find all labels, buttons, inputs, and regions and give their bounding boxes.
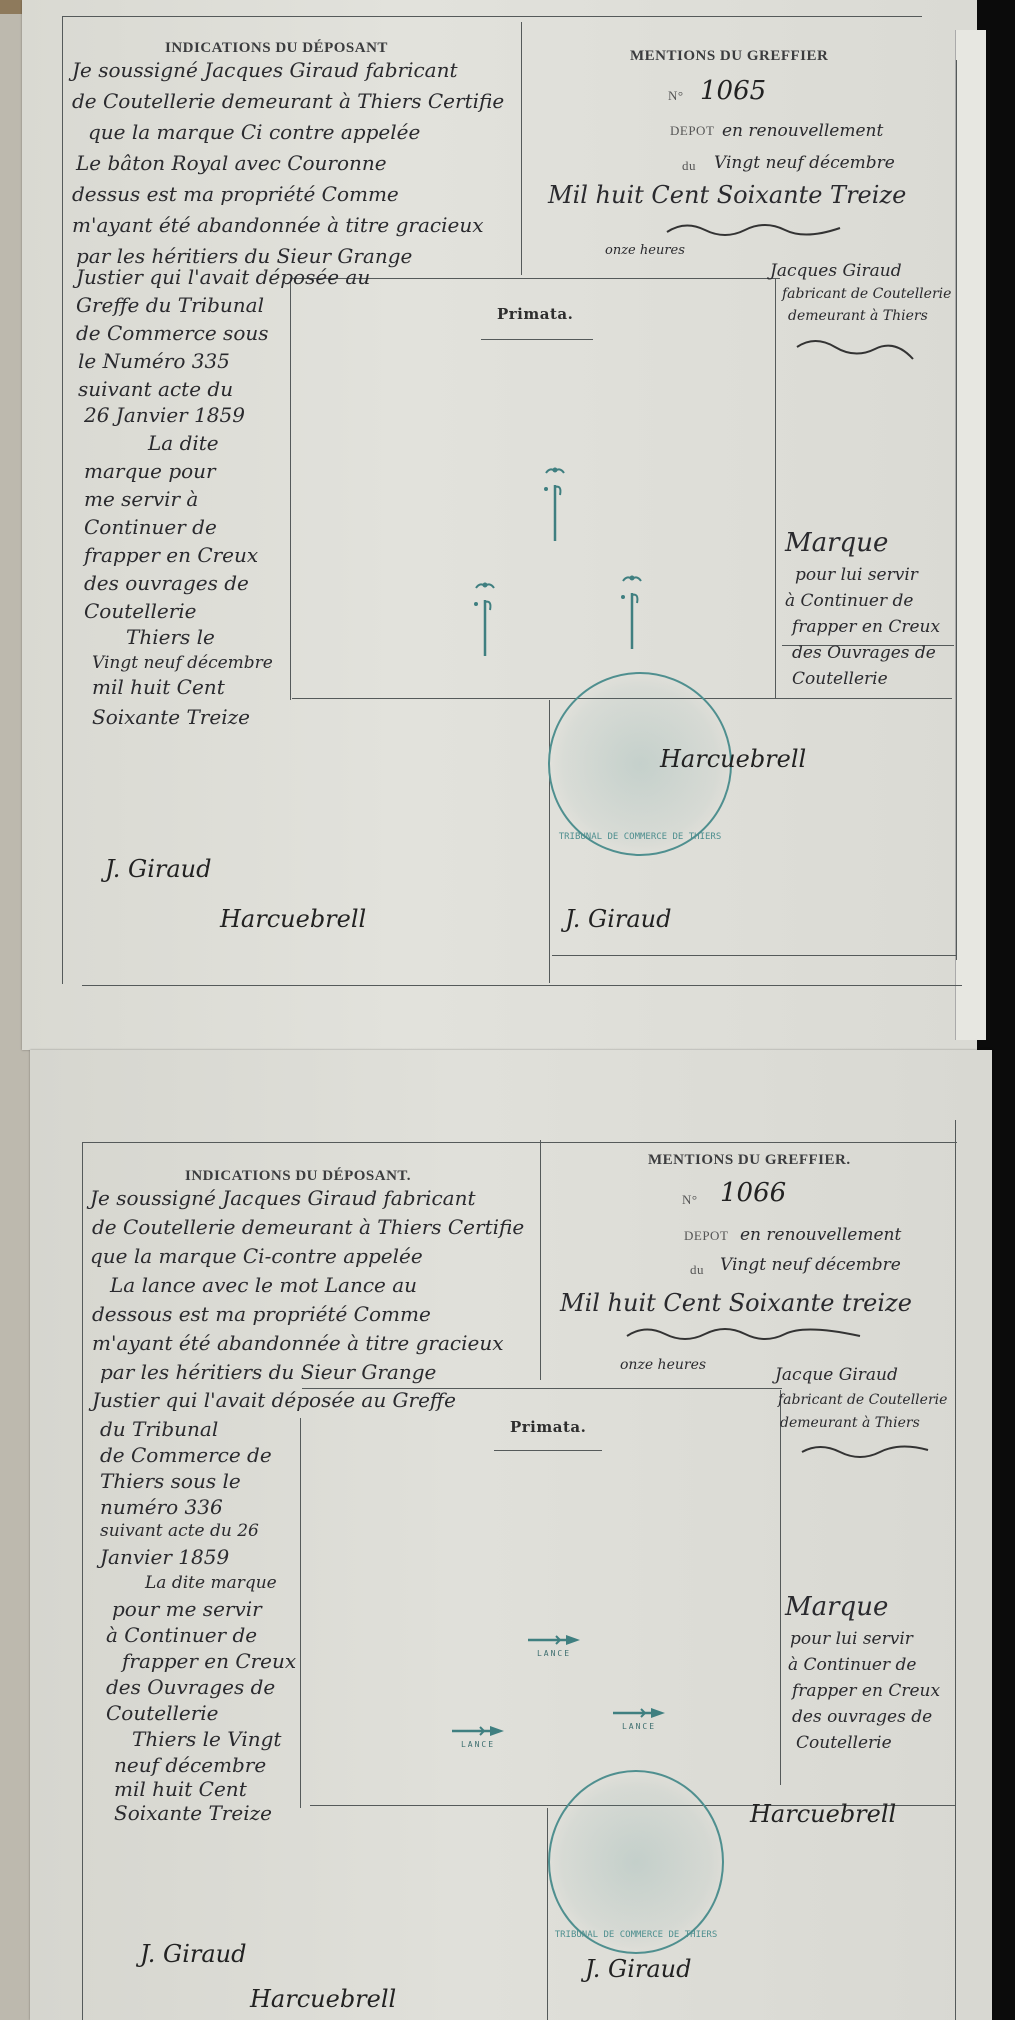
mark-description-title: Marque: [785, 1592, 888, 1623]
declaration-line: de Coutellerie demeurant à Thiers Certif…: [72, 86, 504, 117]
primata-left: [290, 280, 291, 700]
primata-left: [300, 1418, 301, 1808]
declaration-line: Continuer de: [84, 512, 217, 543]
declaration-line: des ouvrages de: [84, 568, 249, 599]
depot-text: en renouvellement: [740, 1222, 901, 1248]
frame-top: [62, 16, 922, 17]
declaration-line: m'ayant été abandonnée à titre gracieux: [72, 210, 484, 241]
greffier-signer-address: demeurant à Thiers: [788, 306, 928, 326]
frame-top: [82, 1142, 957, 1143]
declaration-line: Soixante Treize: [114, 1798, 272, 1829]
depot-text: en renouvellement: [722, 118, 883, 144]
deposit-date-line2: Mil huit Cent Soixante treize: [560, 1288, 912, 1319]
declaration-line: Thiers le: [126, 622, 215, 653]
lance-mark: LANCE: [613, 1703, 665, 1731]
declaration-line: frapper en Creux: [84, 540, 258, 571]
declaration-line: Justier qui l'avait déposée au: [76, 262, 370, 293]
primata-underline: [481, 339, 593, 340]
depositor-signature: J. Giraud: [105, 855, 211, 883]
crowned-baton-icon: [617, 573, 647, 653]
crowned-baton-icon: [540, 465, 570, 545]
declaration-line: La lance avec le mot Lance au: [110, 1270, 417, 1301]
registration-number: 1065: [700, 76, 766, 106]
frame-bottom: [82, 985, 962, 986]
primata-underline: [494, 1450, 602, 1451]
depositor-signature: J. Giraud: [565, 905, 671, 933]
depositor-signature: J. Giraud: [140, 1940, 246, 1968]
mark-description-line: Coutellerie: [792, 666, 888, 692]
lance-label: LANCE: [528, 1649, 580, 1658]
number-label: N°: [668, 88, 684, 104]
greffier-signer-name: Jacques Giraud: [770, 258, 902, 284]
lance-icon: [452, 1726, 504, 1736]
mark-description-line: à Continuer de: [785, 588, 913, 614]
declaration-line: que la marque Ci-contre appelée: [90, 1241, 423, 1272]
lance-icon: [528, 1635, 580, 1645]
mark-description-line: des Ouvrages de: [792, 640, 936, 666]
flourish-icon: [795, 335, 915, 365]
declaration-line: de Coutellerie demeurant à Thiers Certif…: [92, 1212, 524, 1243]
declaration-line: suivant acte du 26: [100, 1518, 259, 1544]
frame-left: [62, 16, 63, 984]
greffier-signature: Harcuebrell: [750, 1800, 896, 1828]
greffier-signature: Harcuebrell: [220, 905, 366, 933]
primata-title: Primata.: [510, 1418, 586, 1436]
declaration-line: Justier qui l'avait déposée au Greffe: [92, 1385, 456, 1416]
lance-label: LANCE: [613, 1722, 665, 1731]
declaration-line: Le bâton Royal avec Couronne: [76, 148, 387, 179]
right-header: MENTIONS DU GREFFIER.: [648, 1152, 851, 1169]
lance-icon: [613, 1708, 665, 1718]
declaration-line: me servir à: [84, 484, 198, 515]
crowned-baton-icon: [470, 580, 500, 660]
frame-right: [955, 1120, 956, 2020]
number-label: N°: [682, 1192, 698, 1208]
signature-bottom-line: [552, 955, 956, 956]
seal-text: TRIBUNAL DE COMMERCE DE THIERS: [550, 832, 730, 842]
declaration-line: dessous est ma propriété Comme: [92, 1299, 431, 1330]
depot-label: DEPOT: [684, 1228, 728, 1244]
mark-description-title: Marque: [785, 528, 888, 559]
greffier-signer-name: Jacque Giraud: [775, 1362, 898, 1388]
greffier-signer-occupation: fabricant de Coutellerie: [782, 284, 951, 304]
depot-label: DEPOT: [670, 123, 714, 139]
page-edge: [955, 30, 986, 1040]
mark-description-line: pour lui servir: [790, 1626, 913, 1652]
flourish-icon: [800, 1440, 930, 1466]
greffier-signer-occupation: fabricant de Coutellerie: [778, 1390, 947, 1410]
mark-description-line: frapper en Creux: [792, 614, 940, 640]
declaration-line: Je soussigné Jacques Giraud fabricant: [90, 1183, 476, 1214]
declaration-line: le Numéro 335: [78, 346, 230, 377]
lance-label: LANCE: [452, 1740, 504, 1749]
header-divider: [540, 1140, 541, 1380]
du-label: du: [690, 1262, 704, 1278]
declaration-line: m'ayant été abandonnée à titre gracieux: [92, 1328, 504, 1359]
declaration-line: La dite: [148, 428, 219, 459]
primata-right: [775, 278, 776, 698]
greffier-signature: Harcuebrell: [250, 1985, 396, 2013]
right-header: MENTIONS DU GREFFIER: [630, 48, 828, 65]
declaration-line: par les héritiers du Sieur Grange: [100, 1357, 436, 1388]
declaration-line: Je soussigné Jacques Giraud fabricant: [72, 55, 458, 86]
deposit-time: onze heures: [620, 1352, 706, 1378]
mark-description-line: frapper en Creux: [792, 1678, 940, 1704]
flourish-icon: [665, 218, 845, 242]
frame-left: [82, 1142, 83, 2020]
flourish-icon: [625, 1322, 865, 1346]
declaration-line: mil huit Cent: [92, 672, 225, 703]
declaration-line: Janvier 1859: [100, 1542, 229, 1573]
declaration-line: marque pour: [84, 456, 216, 487]
frame-right: [956, 60, 957, 960]
declaration-line: dessus est ma propriété Comme: [72, 179, 399, 210]
mark-description-line: à Continuer de: [788, 1652, 916, 1678]
declaration-line: de Commerce sous: [76, 318, 269, 349]
mark-description-line: pour lui servir: [795, 562, 918, 588]
deposit-date-line1: Vingt neuf décembre: [714, 150, 895, 176]
deposit-time: onze heures: [605, 238, 685, 264]
depositor-signature: J. Giraud: [585, 1955, 691, 1983]
declaration-line: Greffe du Tribunal: [76, 290, 264, 321]
mark-description-line: des ouvrages de: [792, 1704, 932, 1730]
lance-mark: LANCE: [528, 1630, 580, 1658]
du-label: du: [682, 158, 696, 174]
declaration-line: Soixante Treize: [92, 702, 250, 733]
seal-text: TRIBUNAL DE COMMERCE DE THIERS: [550, 1930, 722, 1940]
declaration-line: que la marque Ci contre appelée: [88, 117, 420, 148]
primata-right: [780, 1390, 781, 1785]
court-seal-stamp: TRIBUNAL DE COMMERCE DE THIERS: [548, 1770, 724, 1954]
deposit-date-line1: Vingt neuf décembre: [720, 1252, 901, 1278]
header-divider: [521, 22, 522, 275]
greffier-signature: Harcuebrell: [660, 745, 806, 773]
signature-divider: [547, 1808, 548, 2020]
deposit-date-line2: Mil huit Cent Soixante Treize: [548, 180, 906, 211]
declaration-line: 26 Janvier 1859: [84, 400, 245, 431]
declaration-line: La dite marque: [145, 1570, 277, 1596]
lance-mark: LANCE: [452, 1721, 504, 1749]
greffier-signer-address: demeurant à Thiers: [780, 1413, 920, 1433]
registration-number: 1066: [720, 1178, 786, 1208]
mark-description-line: Coutellerie: [796, 1730, 892, 1756]
primata-title: Primata.: [497, 305, 573, 323]
